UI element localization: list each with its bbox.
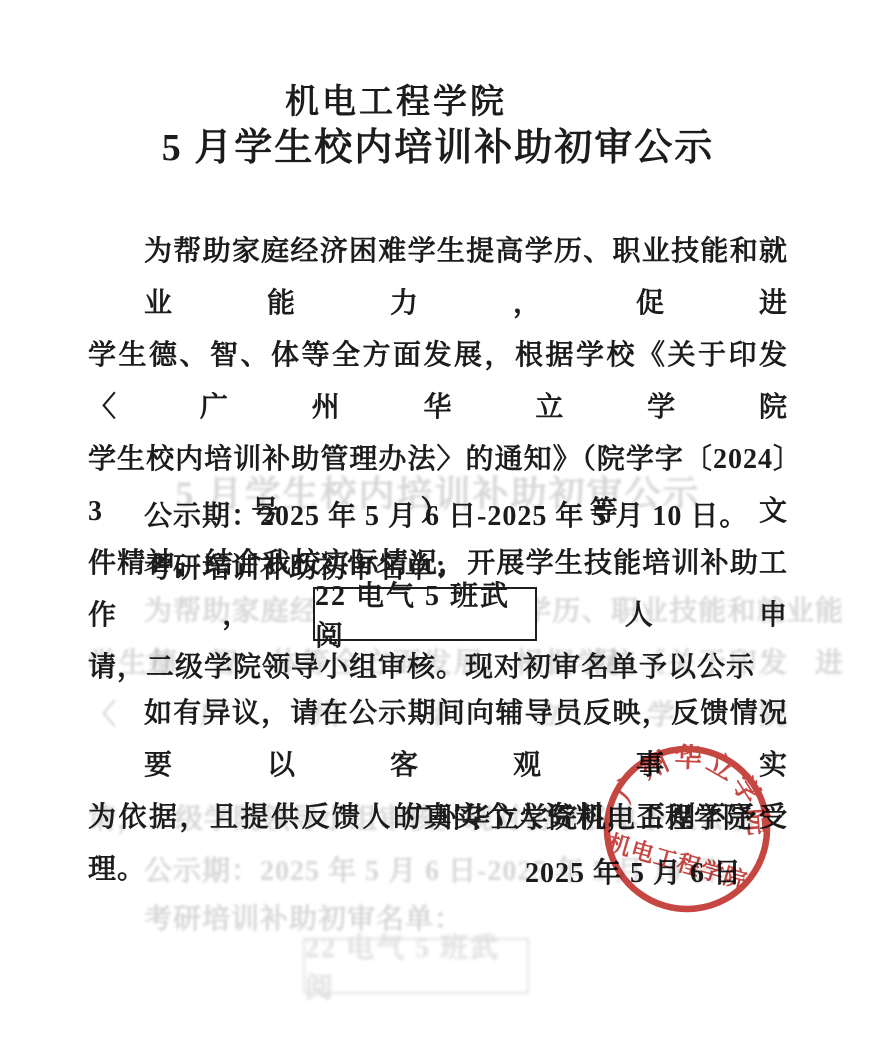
- bleedthrough-name-box: 22 电气 5 班武阅: [303, 938, 529, 994]
- paragraph-line: 为帮助家庭经济困难学生提高学历、职业技能和就业能力，促进: [88, 226, 788, 330]
- bleedthrough-name-box-entry: 22 电气 5 班武阅: [305, 926, 527, 1006]
- candidate-name-box: 22 电气 5 班武阅: [313, 587, 537, 641]
- document-title-line2: 5 月学生校内培训补助初审公示: [88, 116, 788, 171]
- candidate-name-entry: 22 电气 5 班武阅: [315, 574, 535, 654]
- scanned-notice-document: 5 月学生校内培训补助初审公示 为帮助家庭经济困难学生提高学历、职业技能和就业能…: [0, 0, 876, 1053]
- publicity-period-line: 公示期：2025 年 5 月 6 日-2025 年 5 月 10 日。: [88, 491, 844, 543]
- paragraph-line: 学生德、智、体等全方面发展，根据学校《关于印发〈广州华立学院: [88, 330, 788, 434]
